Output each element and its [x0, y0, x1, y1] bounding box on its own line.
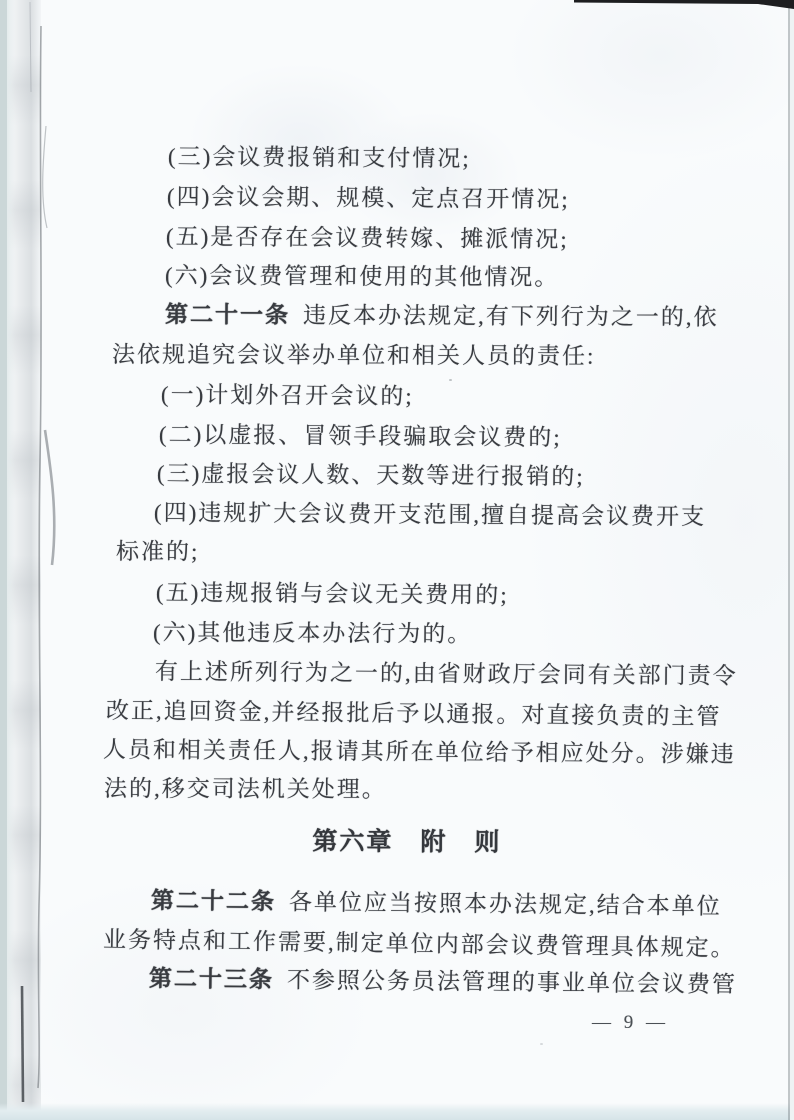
doc-line-item-1: (一)计划外召开会议的;: [161, 376, 414, 411]
doc-line: 人员和相关责任人,报请其所在单位给予相应处分。涉嫌违: [103, 731, 736, 769]
doc-line: 改正,追回资金,并经报批后予以通报。对直接负责的主管: [106, 692, 722, 731]
article-22-text: 各单位应当按照本办法规定,结合本单位: [289, 889, 722, 919]
hairline-top-left: [30, 2, 31, 92]
dust-speck: [540, 1043, 543, 1045]
scanned-page: (三)会议费报销和支付情况; (四)会议会期、规模、定点召开情况; (五)是否存…: [0, 0, 794, 1120]
article-23-number: 第二十三条: [149, 966, 274, 992]
mark-bottom-left: [22, 986, 23, 1102]
doc-line-item-2: (二)以虚报、冒领手段骗取会议费的;: [159, 416, 562, 452]
doc-line: 法的,移交司法机关处理。: [104, 770, 387, 804]
doc-line-item-6b: (六)其他违反本办法行为的。: [153, 614, 472, 649]
doc-line-item-5: (五)是否存在会议费转嫁、摊派情况;: [166, 218, 569, 254]
article-23-text: 不参照公务员法管理的事业单位会议费管: [287, 967, 737, 997]
chapter-heading: 第六章 附 则: [112, 820, 702, 859]
doc-line-item-4b: (四)违规扩大会议费开支范围,擅自提高会议费开支: [154, 494, 706, 531]
article-21-number: 第二十一条: [165, 302, 290, 328]
article-22-number: 第二十二条: [151, 888, 276, 914]
doc-line-item-4: (四)会议会期、规模、定点召开情况;: [167, 178, 570, 214]
doc-line-item-5b: (五)违规报销与会议无关费用的;: [156, 574, 509, 610]
dust-speck: [449, 379, 452, 381]
doc-line: 有上述所列行为之一的,由省财政厅会同有关部门责令: [155, 653, 738, 691]
article-21-text: 违反本办法规定,有下列行为之一的,依: [303, 303, 719, 330]
doc-line-item-3b: (三)虚报会议人数、天数等进行报销的;: [157, 455, 585, 491]
scanner-edge-top: [574, 0, 794, 9]
doc-line-article-22: 第二十二条各单位应当按照本办法规定,结合本单位: [151, 882, 722, 921]
doc-line: 法依规追究会议举办单位和相关人员的责任:: [112, 336, 596, 371]
doc-line-item-3: (三)会议费报销和支付情况;: [168, 138, 471, 173]
doc-line-article-21: 第二十一条违反本办法规定,有下列行为之一的,依: [165, 296, 719, 332]
doc-line-item-6: (六)会议费管理和使用的其他情况。: [165, 257, 559, 292]
fold-line: [38, 26, 41, 1088]
crease-top-left: [43, 126, 47, 228]
crease-mid-left: [45, 430, 54, 565]
doc-line: 标准的;: [116, 533, 200, 566]
doc-line-article-23: 第二十三条不参照公务员法管理的事业单位会议费管: [149, 960, 737, 999]
page-number: — 9 —: [592, 1012, 669, 1034]
